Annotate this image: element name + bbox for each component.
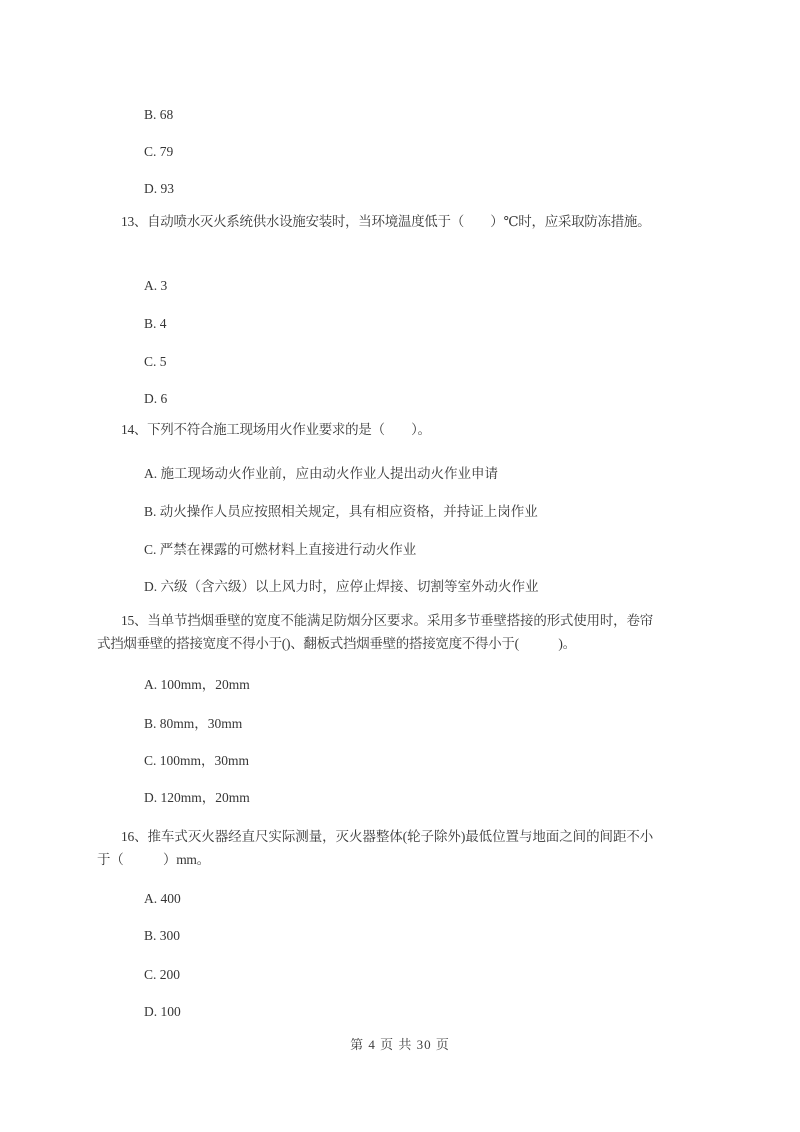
option-line: B. 80mm，30mm xyxy=(144,712,242,735)
option-line: D. 六级（含六级）以上风力时，应停止焊接、切割等室外动火作业 xyxy=(144,575,539,598)
question-text: 13、自动喷水灭火系统供水设施安装时，当环境温度低于（ ）℃时，应采取防冻措施。 xyxy=(97,210,653,233)
option-line: D. 120mm，20mm xyxy=(144,786,250,809)
option-line: A. 100mm，20mm xyxy=(144,673,250,696)
option-line: D. 93 xyxy=(144,177,174,200)
page-number-footer: 第 4 页 共 30 页 xyxy=(0,1033,800,1056)
exam-page: B. 68 C. 79 D. 93 13、自动喷水灭火系统供水设施安装时，当环境… xyxy=(0,0,800,1132)
option-line: B. 动火操作人员应按照相关规定，具有相应资格，并持证上岗作业 xyxy=(144,500,538,523)
option-line: C. 79 xyxy=(144,140,173,163)
option-line: A. 400 xyxy=(144,887,181,910)
option-line: C. 100mm，30mm xyxy=(144,749,249,772)
option-line: C. 200 xyxy=(144,963,180,986)
question-text: 15、当单节挡烟垂壁的宽度不能满足防烟分区要求。采用多节垂壁搭接的形式使用时，卷… xyxy=(97,609,653,655)
option-line: A. 3 xyxy=(144,274,167,297)
option-line: C. 5 xyxy=(144,350,167,373)
option-line: D. 100 xyxy=(144,1000,181,1023)
option-line: C. 严禁在裸露的可燃材料上直接进行动火作业 xyxy=(144,538,416,561)
question-text: 16、推车式灭火器经直尺实际测量，灭火器整体(轮子除外)最低位置与地面之间的间距… xyxy=(97,825,653,871)
option-line: A. 施工现场动火作业前，应由动火作业人提出动火作业申请 xyxy=(144,462,498,485)
option-line: B. 300 xyxy=(144,924,180,947)
option-line: D. 6 xyxy=(144,387,167,410)
question-text: 14、下列不符合施工现场用火作业要求的是（ ）。 xyxy=(97,418,653,441)
option-line: B. 4 xyxy=(144,312,167,335)
option-line: B. 68 xyxy=(144,103,173,126)
